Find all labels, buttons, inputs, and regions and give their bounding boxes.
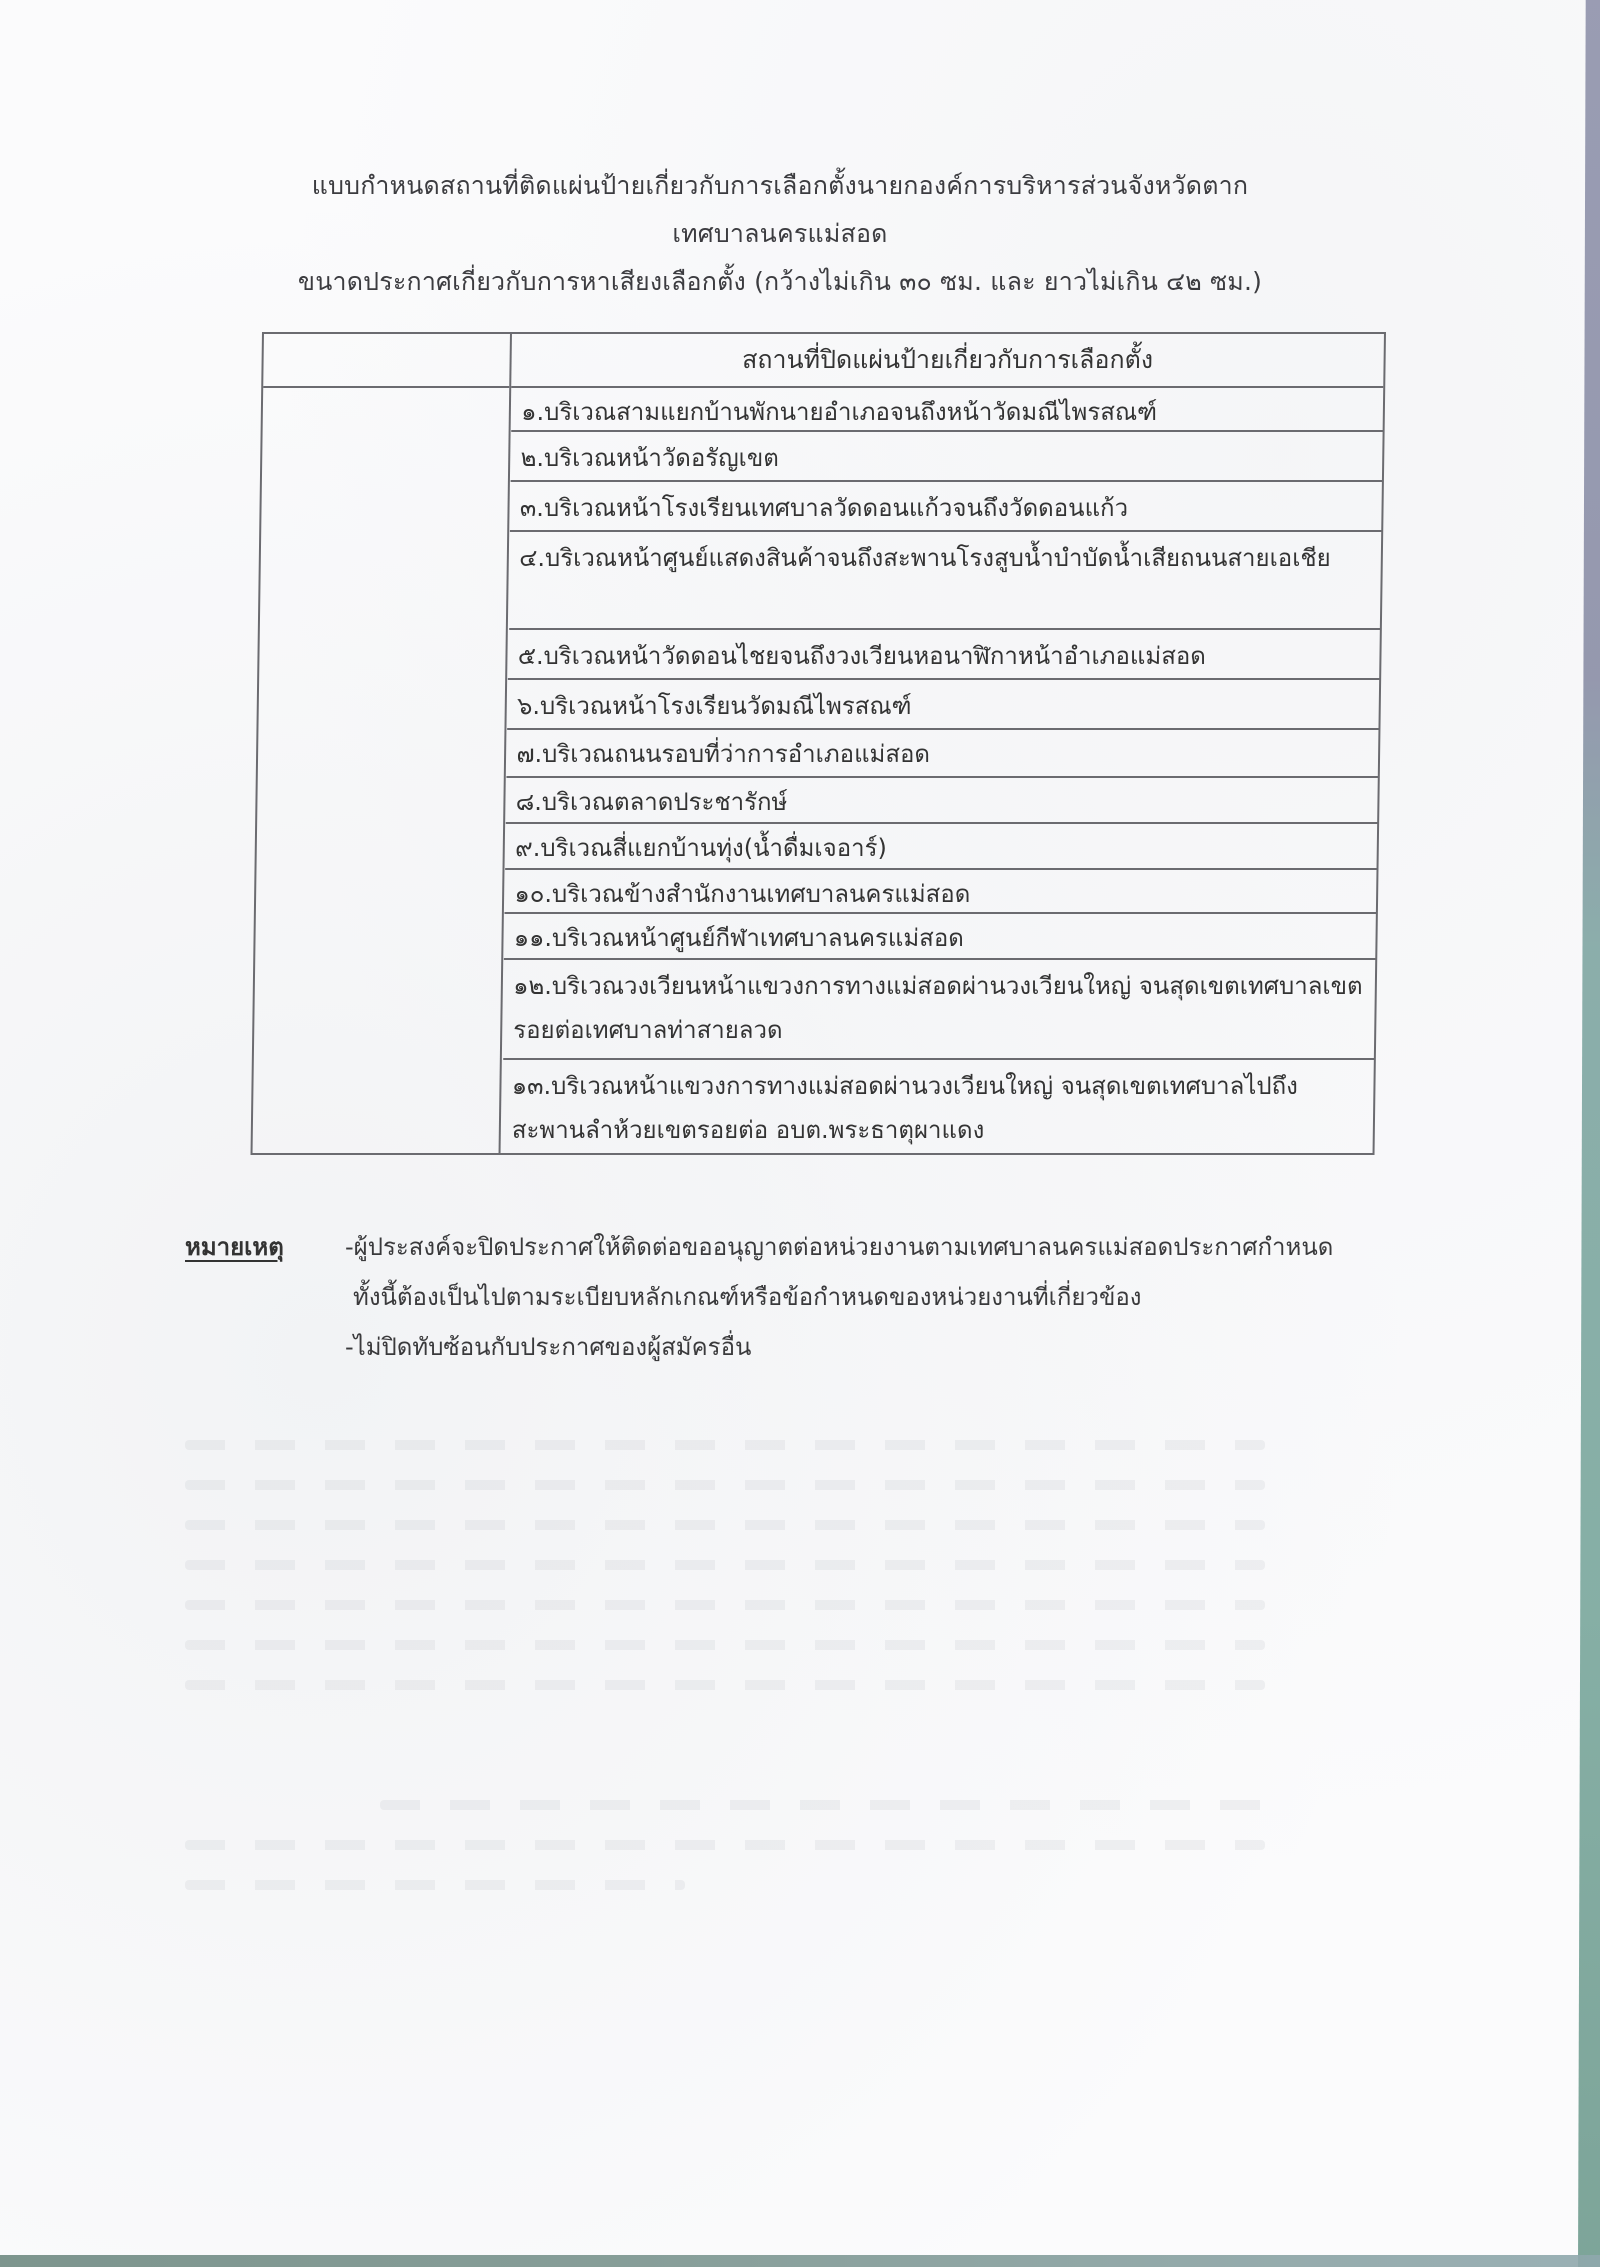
show-through-text — [185, 1640, 1265, 1650]
table-right-column: สถานที่ปิดแผ่นป้ายเกี่ยวกับการเลือกตั้ง … — [501, 334, 1384, 1153]
show-through-text — [185, 1880, 685, 1890]
note-line: -ไม่ปิดทับซ้อนกับประกาศของผู้สมัครอื่น — [345, 1322, 1465, 1372]
note-lines: -ผู้ประสงค์จะปิดประกาศให้ติดต่อขออนุญาตต… — [345, 1222, 1465, 1372]
show-through-text — [380, 1800, 1280, 1810]
table-row: ๔.บริเวณหน้าศูนย์แสดงสินค้าจนถึงสะพานโรง… — [509, 532, 1381, 630]
table-row: ๙.บริเวณสี่แยกบ้านทุ่ง(น้ำดื่มเจอาร์) — [505, 824, 1377, 870]
table-row: ๓.บริเวณหน้าโรงเรียนเทศบาลวัดดอนแก้วจนถึ… — [510, 482, 1382, 532]
show-through-text — [185, 1680, 1265, 1690]
table-row: ๗.บริเวณถนนรอบที่ว่าการอำเภอแม่สอด — [506, 730, 1378, 778]
show-through-text — [185, 1600, 1265, 1610]
table-row: ๘.บริเวณตลาดประชารักษ์ — [506, 778, 1378, 824]
locations-table: สถานที่ปิดแผ่นป้ายเกี่ยวกับการเลือกตั้ง … — [251, 332, 1386, 1155]
document-subtitle: เทศบาลนครแม่สอด — [0, 214, 1580, 254]
table-header-locations: สถานที่ปิดแผ่นป้ายเกี่ยวกับการเลือกตั้ง — [511, 334, 1384, 388]
table-row: ๑๐.บริเวณข้างสำนักงานเทศบาลนครแม่สอด — [504, 870, 1376, 914]
table-row: ๑๓.บริเวณหน้าแขวงการทางแม่สอดผ่านวงเวียน… — [502, 1060, 1374, 1157]
table-header-empty-cell — [263, 334, 510, 388]
table-row: ๑๒.บริเวณวงเวียนหน้าแขวงการทางแม่สอดผ่าน… — [503, 960, 1375, 1060]
table-left-column — [253, 334, 512, 1153]
table-row: ๒.บริเวณหน้าวัดอรัญเขต — [511, 432, 1383, 482]
note-label: หมายเหตุ — [185, 1222, 284, 1272]
table-row: ๑๑.บริเวณหน้าศูนย์กีฬาเทศบาลนครแม่สอด — [504, 914, 1376, 960]
show-through-text — [185, 1480, 1265, 1490]
show-through-text — [185, 1840, 1265, 1850]
document-title: แบบกำหนดสถานที่ติดแผ่นป้ายเกี่ยวกับการเล… — [0, 166, 1580, 206]
table-row: ๑.บริเวณสามแยกบ้านพักนายอำเภอจนถึงหน้าวั… — [511, 388, 1383, 432]
note-line: ทั้งนี้ต้องเป็นไปตามระเบียบหลักเกณฑ์หรือ… — [345, 1272, 1465, 1322]
scan-edge-bottom — [0, 2255, 1600, 2267]
table-row: ๕.บริเวณหน้าวัดดอนไชยจนถึงวงเวียนหอนาฬิก… — [508, 630, 1380, 680]
show-through-text — [185, 1520, 1265, 1530]
document-size-spec: ขนาดประกาศเกี่ยวกับการหาเสียงเลือกตั้ง (… — [0, 262, 1580, 302]
scan-edge-right — [1578, 0, 1600, 2267]
show-through-text — [185, 1560, 1265, 1570]
table-row: ๖.บริเวณหน้าโรงเรียนวัดมณีไพรสณฑ์ — [507, 680, 1379, 730]
show-through-text — [185, 1440, 1265, 1450]
note-line: -ผู้ประสงค์จะปิดประกาศให้ติดต่อขออนุญาตต… — [345, 1222, 1465, 1272]
